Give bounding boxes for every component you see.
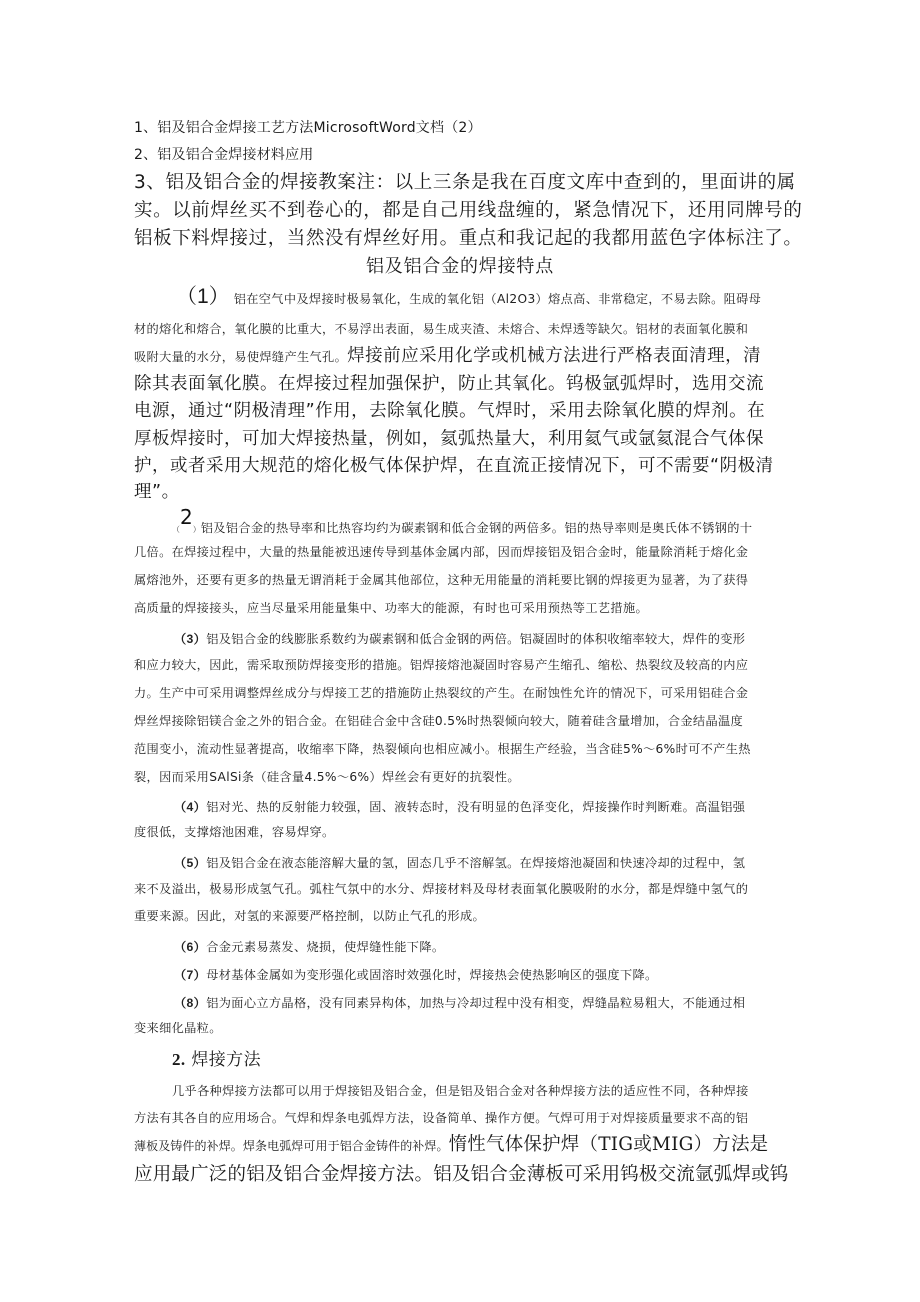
section-2-line-1: 几乎各种焊接方法都可以用于焊接铝及铝合金，但是铝及铝合金对各种焊接方法的适应性不… [172,1082,749,1099]
point-8-text-1: 铝为面心立方晶格，没有同素异构体，加热与冷却过程中没有相变，焊缝晶粒易粗大，不能… [206,996,745,1010]
point-1-line-7: 护，或者采用大规范的熔化极气体保护焊，在直流正接情况下，可不需要“阴极清 [134,452,774,477]
point-6-text-1: 合金元素易蒸发、烧损，使焊缝性能下降。 [206,940,444,954]
section-2-line-3: 薄板及铸件的补焊。焊条电弧焊可用于铝合金铸件的补焊。惰性气体保护焊（TIG或MI… [134,1130,768,1156]
point-1-line-3: 吸附大量的水分，易使焊缝产生气孔。焊接前应采用化学或机械方法进行严格表面清理，清 [134,342,761,367]
section-2-line-4: 应用最广泛的铝及铝合金焊接方法。铝及铝合金薄板可采用钨极交流氩弧焊或钨 [134,1160,789,1186]
point-2-line-4: 高质量的焊接接头，应当尽量采用能量集中、功率大的能源，有时也可采用预热等工艺措施… [134,599,648,616]
point-2-marker: （2） [172,525,201,534]
point-1-line-6: 厚板焊接时，可加大焊接热量，例如，氦弧热量大，利用氦气或氩氦混合气体保 [134,425,764,450]
point-6-marker: （6） [174,940,206,954]
point-1-text-1: 铝在空气中及焊接时极易氧化，生成的氧化铝（Al2O3）熔点高、非常稳定，不易去除… [234,292,762,306]
intro-line-2: 2、铝及铝合金焊接材料应用 [134,144,314,164]
point-2-line-3: 属熔池外，还要有更多的热量无谓消耗于金属其他部位，这种无用能量的消耗要比钢的焊接… [134,571,748,588]
section-title: 铝及铝合金的焊接特点 [0,252,920,278]
point-4-text-1: 铝对光、热的反射能力较强，固、液转态时，没有明显的色泽变化，焊接操作时判断难。高… [206,800,745,814]
point-4-line-1: （4）铝对光、热的反射能力较强，固、液转态时，没有明显的色泽变化，焊接操作时判断… [174,796,745,815]
point-7-text-1: 母材基体金属如为变形强化或固溶时效强化时，焊接热会使热影响区的强度下降。 [206,968,657,982]
point-3-marker: （3） [174,632,206,646]
point-3-line-1: （3）铝及铝合金的线膨胀系数约为碳素钢和低合金钢的两倍。铝凝固时的体积收缩率较大… [174,628,745,647]
section-2-title: 焊接方法 [191,1050,261,1070]
document-page: 1、铝及铝合金焊接工艺方法MicrosoftWord文档（2） 2、铝及铝合金焊… [0,0,920,1302]
point-4-marker: （4） [174,800,206,814]
point-3-line-3: 力。生产中可采用调整焊丝成分与焊接工艺的措施防止热裂纹的产生。在耐蚀性允许的情况… [134,684,748,701]
point-4-line-2: 度很低，支撑熔池困难，容易焊穿。 [134,823,335,840]
point-3-line-2: 和应力较大，因此，需采取预防焊接变形的措施。铝焊接熔池凝固时容易产生缩孔、缩松、… [134,656,748,673]
point-2-text-1: 铝及铝合金的热导率和比热容均约为碳素钢和低合金钢的两倍多。铝的热导率则是奥氏体不… [201,521,753,535]
point-1-line-1: （1）铝在空气中及焊接时极易氧化，生成的氧化铝（Al2O3）熔点高、非常稳定，不… [176,280,761,310]
point-5-line-2: 来不及溢出，极易形成氢气孔。弧柱气氛中的水分、焊接材料及母材表面氧化膜吸附的水分… [134,880,748,897]
point-1-line-8: 理”。 [134,478,180,503]
intro-line-4: 实。以前焊丝买不到卷心的，都是自己用线盘缠的，紧急情况下，还用同牌号的 [134,196,803,222]
point-8-marker: （8） [174,996,206,1010]
point-1-text-3-big: 焊接前应采用化学或机械方法进行严格表面清理，清 [347,346,761,366]
point-2-line-2: 几倍。在焊接过程中，大量的热量能被迅速传导到基体金属内部，因而焊接铝及铝合金时，… [134,543,748,560]
intro-line-3: 3、铝及铝合金的焊接教案注：以上三条是我在百度文库中查到的，里面讲的属 [134,168,796,194]
intro-line-5: 铝板下料焊接过，当然没有焊丝好用。重点和我记起的我都用蓝色字体标注了。 [134,224,803,250]
point-6-line-1: （6）合金元素易蒸发、烧损，使焊缝性能下降。 [174,936,444,955]
point-1-line-2: 材的熔化和熔合，氧化膜的比重大，不易浮出表面，易生成夹渣、未熔合、未焊透等缺欠。… [134,320,748,337]
section-2-text-3-small: 薄板及铸件的补焊。焊条电弧焊可用于铝合金铸件的补焊。 [134,1139,449,1153]
section-2-number: 2. [172,1050,186,1069]
point-1-marker: （1） [176,285,230,308]
point-8-line-2: 变来细化晶粒。 [134,1019,222,1036]
point-5-line-3: 重要来源。因此，对氢的来源要严格控制，以防止气孔的形成。 [134,907,485,924]
intro-line-1: 1、铝及铝合金焊接工艺方法MicrosoftWord文档（2） [134,117,482,137]
point-2-line-1: （2）铝及铝合金的热导率和比热容均约为碳素钢和低合金钢的两倍多。铝的热导率则是奥… [172,513,752,537]
point-5-line-1: （5）铝及铝合金在液态能溶解大量的氢，固态几乎不溶解氢。在焊接熔池凝固和快速冷却… [174,852,745,871]
point-8-line-1: （8）铝为面心立方晶格，没有同素异构体，加热与冷却过程中没有相变，焊缝晶粒易粗大… [174,992,745,1011]
point-3-line-4: 焊丝焊接除铝镁合金之外的铝合金。在铝硅合金中含硅0.5%时热裂倾向较大，随着硅含… [134,712,743,729]
point-5-marker: （5） [174,856,206,870]
section-2-heading: 2. 焊接方法 [172,1045,261,1070]
point-1-text-3-small: 吸附大量的水分，易使焊缝产生气孔。 [134,350,347,364]
point-5-text-1: 铝及铝合金在液态能溶解大量的氢，固态几乎不溶解氢。在焊接熔池凝固和快速冷却的过程… [206,856,745,870]
point-1-line-5: 电源，通过“阴极清理”作用，去除氧化膜。气焊时，采用去除氧化膜的焊剂。在 [134,397,765,422]
section-2-line-2: 方法有其各自的应用场合。气焊和焊条电弧焊方法，设备简单、操作方便。气焊可用于对焊… [134,1109,748,1126]
point-3-line-5: 范围变小，流动性显著提高，收缩率下降，热裂倾向也相应减小。根据生产经验，当含硅5… [134,740,751,757]
point-3-line-6: 裂，因而采用SAlSi条（硅含量4.5%～6%）焊丝会有更好的抗裂性。 [134,768,520,785]
section-2-text-3-big: 惰性气体保护焊（TIG或MIG）方法是 [449,1134,769,1155]
point-1-line-4: 除其表面氧化膜。在焊接过程加强保护，防止其氧化。钨极氩弧焊时，选用交流 [134,370,764,395]
point-3-text-1: 铝及铝合金的线膨胀系数约为碳素钢和低合金钢的两倍。铝凝固时的体积收缩率较大，焊件… [206,632,745,646]
point-7-line-1: （7）母材基体金属如为变形强化或固溶时效强化时，焊接热会使热影响区的强度下降。 [174,964,658,983]
point-7-marker: （7） [174,968,206,982]
